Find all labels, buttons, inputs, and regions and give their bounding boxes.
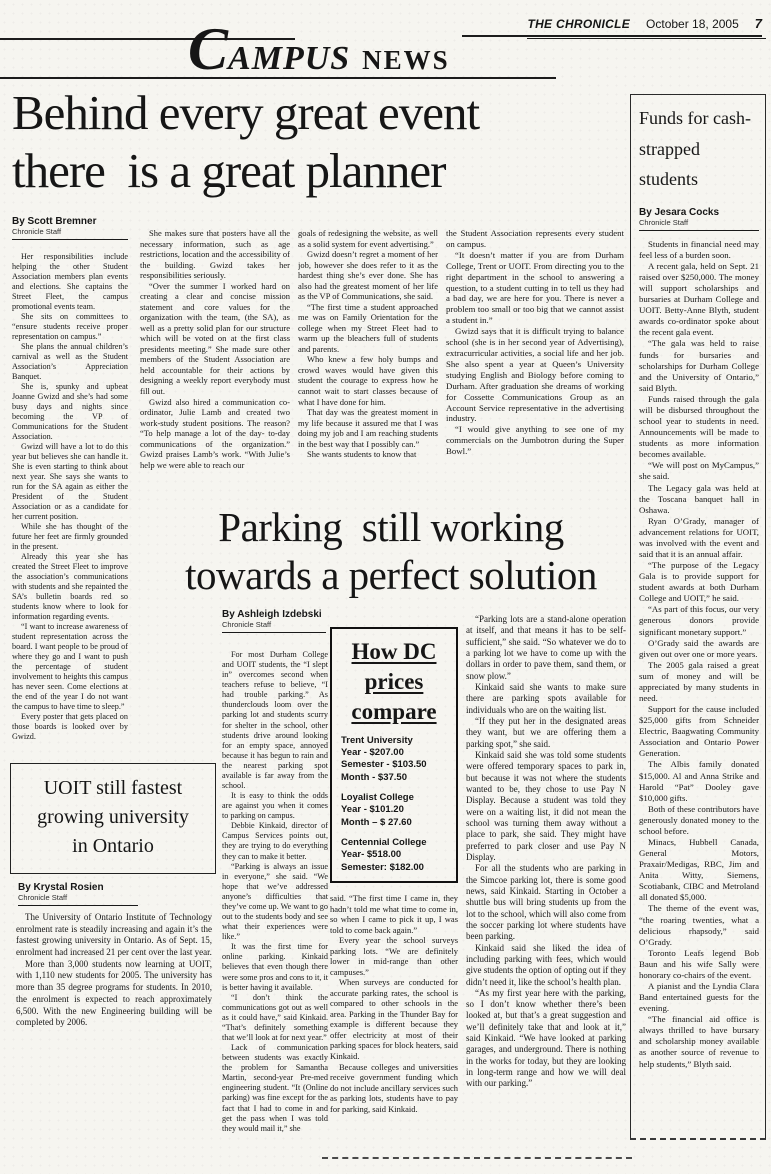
funds-article-box: Funds for cash-strapped students By Jesa… [630, 94, 766, 1140]
running-header: THE CHRONICLE October 18, 2005 7 [462, 16, 762, 37]
headline-line: towards a perfect solution [185, 552, 597, 598]
paragraph: Debbie Kinkaid, director of Campus Servi… [222, 821, 328, 861]
school-name: Trent University [341, 735, 450, 747]
main-article-byline: By Scott Bremner Chronicle Staff [12, 216, 128, 240]
funds-article-body: Students in financial need may feel less… [639, 239, 759, 1119]
paragraph: “As my first year here with the parking,… [466, 988, 626, 1090]
paragraph: It was the first time for online parking… [222, 942, 328, 992]
paragraph: said. “The first time I came in, they ha… [330, 893, 458, 935]
prices-compare-box: How DCpricescompare Trent University Yea… [330, 627, 458, 883]
paragraph: the Student Association represents every… [446, 228, 624, 250]
byline-author: By Jesara Cocks [639, 207, 759, 218]
price-lines: Year - $207.00Semester - $103.50Month - … [341, 747, 450, 784]
paragraph: It is easy to think the odds are against… [222, 791, 328, 821]
parking-article-byline: By Ashleigh Izdebski Chronicle Staff [222, 609, 326, 633]
paragraph: compare [338, 697, 450, 727]
prices-box-title: How DCpricescompare [338, 637, 450, 727]
paragraph: “Parking is always an issue in everyone,… [222, 862, 328, 943]
school-name: Centennial College [341, 837, 450, 849]
paragraph: Gwizd doesn’t regret a moment of her job… [298, 249, 438, 302]
paragraph: While she has thought of the future her … [12, 522, 128, 552]
funds-article-headline: Funds for cash-strapped students [639, 103, 759, 195]
paragraph: “The financial aid office is always thri… [639, 1014, 759, 1069]
paragraph: “The gala was held to raise funds for bu… [639, 338, 759, 393]
paragraph: Toronto Leafs legend Bob Baun and his wi… [639, 948, 759, 981]
paragraph: Year- $518.00 [341, 849, 450, 861]
paragraph: Funds raised through the gala will be di… [639, 394, 759, 460]
uoit-article-body: The University of Ontario Institute of T… [16, 912, 212, 1122]
paragraph: “If they put her in the designated areas… [466, 716, 626, 750]
uoit-headline-box: UOIT still fastest growing university in… [10, 763, 216, 874]
issue-date: October 18, 2005 [646, 17, 739, 31]
paragraph: “As part of this focus, our very generou… [639, 604, 759, 637]
paragraph: Semester - $103.50 [341, 759, 450, 771]
price-lines: Year- $518.00Semester: $182.00 [341, 849, 450, 874]
price-entry-trent: Trent University Year - $207.00Semester … [338, 735, 450, 784]
main-article-column-1: Her responsibilities include helping the… [12, 252, 128, 762]
parking-article-column-1: For most Durham College and UOIT student… [222, 650, 328, 1164]
main-article-column-4: the Student Association represents every… [446, 228, 624, 510]
price-entry-centennial: Centennial College Year- $518.00Semester… [338, 837, 450, 874]
byline-role: Chronicle Staff [639, 218, 759, 227]
paragraph: She is, spunky and upbeat Joanne Gwizd a… [12, 382, 128, 442]
school-name: Loyalist College [341, 792, 450, 804]
masthead-suffix: NEWS [362, 45, 450, 76]
price-lines: Year - $101.20Month – $ 27.60 [341, 804, 450, 829]
newspaper-page: THE CHRONICLE October 18, 2005 7 C AMPUS… [0, 0, 771, 1174]
funds-article-byline: By Jesara Cocks Chronicle Staff [639, 207, 759, 231]
headline-line: there is a great planner [12, 143, 445, 198]
paragraph: “The first time a student approached me … [298, 302, 438, 355]
paragraph: The Legacy gala was held at the Toscana … [639, 483, 759, 516]
byline-role: Chronicle Staff [222, 620, 326, 629]
byline-role: Chronicle Staff [18, 893, 138, 902]
price-entry-loyalist: Loyalist College Year - $101.20Month – $… [338, 792, 450, 829]
paragraph: Month – $ 27.60 [341, 817, 450, 829]
paragraph: Kinkaid said she was told some students … [466, 750, 626, 863]
paragraph: That day was the greatest moment in my l… [298, 407, 438, 449]
paragraph: The Albis family donated $15,000. Al and… [639, 759, 759, 803]
uoit-article: UOIT still fastest growing university in… [10, 763, 216, 1122]
paragraph: goals of redesigning the website, as wel… [298, 228, 438, 249]
publication-name: THE CHRONICLE [527, 17, 630, 31]
divider-rule [0, 77, 556, 79]
paragraph: The University of Ontario Institute of T… [16, 912, 212, 959]
paragraph: She wants students to know that [298, 449, 438, 460]
paragraph: Ryan O’Grady, manager of advancement rel… [639, 516, 759, 560]
byline-author: By Krystal Rosien [18, 882, 138, 893]
masthead-title: AMPUS [228, 40, 350, 78]
paragraph: “I want to increase awareness of student… [12, 622, 128, 712]
paragraph: A recent gala, held on Sept. 21 raised o… [639, 261, 759, 339]
paragraph: Both of these contributors have generous… [639, 804, 759, 837]
main-article-headline: Behind every great eventthere is a great… [12, 84, 622, 200]
paragraph: She makes sure that posters have all the… [140, 228, 290, 281]
paragraph: Year - $207.00 [341, 747, 450, 759]
parking-article-column-3: “Parking lots are a stand-alone operatio… [466, 614, 626, 1164]
paragraph: Every poster that gets placed on those b… [12, 712, 128, 742]
uoit-article-byline: By Krystal Rosien Chronicle Staff [18, 882, 138, 906]
paragraph: A pianist and the Lyndia Clara Band ente… [639, 981, 759, 1014]
masthead-initial: C [188, 24, 228, 75]
paragraph: Who knew a few holy bumps and crowd wave… [298, 354, 438, 407]
divider-rule [527, 38, 766, 39]
main-article-column-2: She makes sure that posters have all the… [140, 228, 290, 510]
page-number: 7 [755, 16, 762, 31]
paragraph: Kinkaid said she wants to make sure ther… [466, 682, 626, 716]
paragraph: How DC [338, 637, 450, 667]
paragraph: “It doesn’t matter if you are from Durha… [446, 250, 624, 326]
paragraph: Month - $37.50 [341, 772, 450, 784]
parking-article-headline: Parking still workingtowards a perfect s… [150, 504, 632, 600]
paragraph: “I don’t think the communications got ou… [222, 993, 328, 1043]
paragraph: Because colleges and universities receiv… [330, 1062, 458, 1115]
scan-artifact-line [322, 1157, 632, 1159]
paragraph: Kinkaid said she liked the idea of inclu… [466, 943, 626, 988]
paragraph: Semester: $182.00 [341, 862, 450, 874]
byline-author: By Ashleigh Izdebski [222, 609, 326, 620]
paragraph: Gwizd says that it is difficult trying t… [446, 326, 624, 424]
byline-role: Chronicle Staff [12, 227, 128, 236]
headline-line: Parking still working [218, 504, 563, 550]
paragraph: For most Durham College and UOIT student… [222, 650, 328, 791]
paragraph: Minacs, Hubbell Canada, General Motors, … [639, 837, 759, 903]
paragraph: Students in financial need may feel less… [639, 239, 759, 261]
paragraph: For all the students who are parking in … [466, 863, 626, 942]
paragraph: The theme of the event was, “the roaring… [639, 903, 759, 947]
byline-author: By Scott Bremner [12, 216, 128, 227]
uoit-article-headline: UOIT still fastest growing university in… [37, 774, 189, 861]
paragraph: When surveys are conducted for accurate … [330, 977, 458, 1061]
paragraph: Support for the cause included $25,000 g… [639, 704, 759, 759]
paragraph: Gwizd will have a lot to do this year bu… [12, 442, 128, 522]
paragraph: She plans the annual children’s carnival… [12, 342, 128, 382]
paragraph: “Parking lots are a stand-alone operatio… [466, 614, 626, 682]
parking-article-column-2: said. “The first time I came in, they ha… [330, 893, 458, 1161]
paragraph: Lack of communication between students w… [222, 1043, 328, 1134]
paragraph: Gwizd also hired a communication co-ordi… [140, 397, 290, 471]
paragraph: Already this year she has created the St… [12, 552, 128, 622]
headline-line: Behind every great event [12, 85, 479, 140]
paragraph: She sits on committees to “ensure studen… [12, 312, 128, 342]
paragraph: More than 3,000 students now learning at… [16, 959, 212, 1029]
paragraph: O’Grady said the awards are given out ov… [639, 638, 759, 660]
section-masthead: C AMPUS NEWS [188, 24, 450, 78]
paragraph: “The purpose of the Legacy Gala is to pr… [639, 560, 759, 604]
paragraph: “We will post on MyCampus,” she said. [639, 460, 759, 482]
paragraph: “Over the summer I worked hard on creati… [140, 281, 290, 397]
paragraph: Year - $101.20 [341, 804, 450, 816]
paragraph: Her responsibilities include helping the… [12, 252, 128, 312]
paragraph: The 2005 gala raised a great sum of mone… [639, 660, 759, 704]
paragraph: “I would give anything to see one of my … [446, 424, 624, 457]
main-article-column-3: goals of redesigning the website, as wel… [298, 228, 438, 510]
paragraph: prices [338, 667, 450, 697]
paragraph: Every year the school surveys parking lo… [330, 935, 458, 977]
